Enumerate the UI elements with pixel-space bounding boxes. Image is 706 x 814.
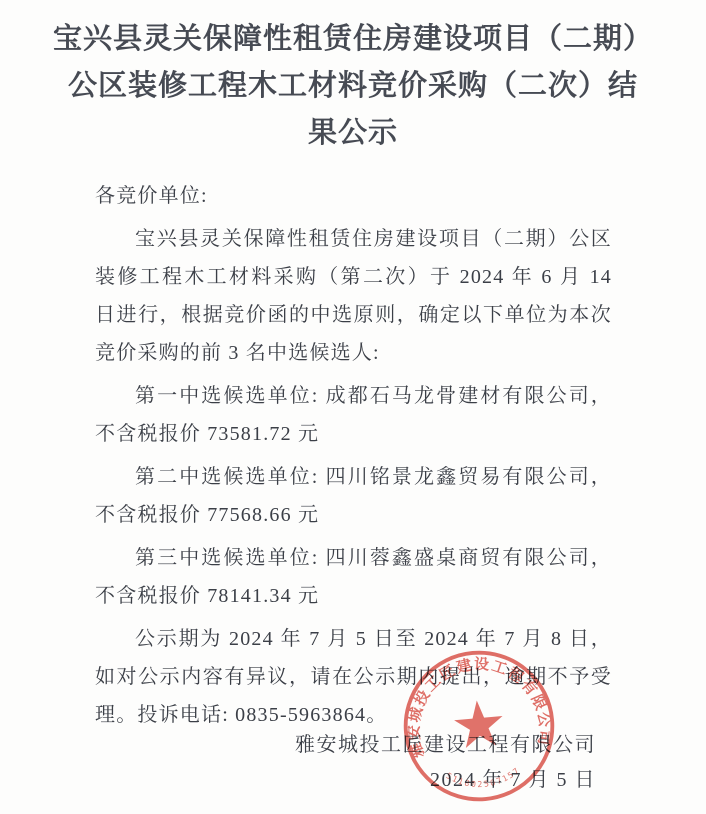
- paragraph-candidate-2: 第二中选候选单位: 四川铭景龙鑫贸易有限公司，不含税报价 77568.66 元: [95, 458, 612, 534]
- title-line-2: 公区装修工程木工材料竞价采购（二次）结: [46, 63, 660, 110]
- paragraph-intro: 宝兴县灵关保障性租赁住房建设项目（二期）公区装修工程木工材料采购（第二次）于 2…: [95, 220, 612, 372]
- page-title: 宝兴县灵关保障性租赁住房建设项目（二期） 公区装修工程木工材料竞价采购（二次）结…: [46, 16, 660, 157]
- signature-block: 雅安城投工匠建设工程有限公司 2024 年 7 月 5 日: [295, 728, 596, 797]
- title-line-3: 果公示: [46, 110, 660, 157]
- salutation: 各竞价单位:: [95, 177, 612, 215]
- paragraph-candidate-1: 第一中选候选单位: 成都石马龙骨建材有限公司，不含税报价 73581.72 元: [95, 377, 612, 453]
- document-body: 各竞价单位: 宝兴县灵关保障性租赁住房建设项目（二期）公区装修工程木工材料采购（…: [95, 177, 612, 734]
- title-line-1: 宝兴县灵关保障性租赁住房建设项目（二期）: [46, 16, 660, 63]
- document-page: 宝兴县灵关保障性租赁住房建设项目（二期） 公区装修工程木工材料竞价采购（二次）结…: [0, 0, 706, 814]
- signature-date: 2024 年 7 月 5 日: [295, 762, 596, 797]
- signature-company: 雅安城投工匠建设工程有限公司: [295, 728, 596, 762]
- paragraph-candidate-3: 第三中选候选单位: 四川蓉鑫盛桌商贸有限公司，不含税报价 78141.34 元: [95, 539, 612, 615]
- paragraph-notice-period: 公示期为 2024 年 7 月 5 日至 2024 年 7 月 8 日，如对公示…: [95, 620, 612, 734]
